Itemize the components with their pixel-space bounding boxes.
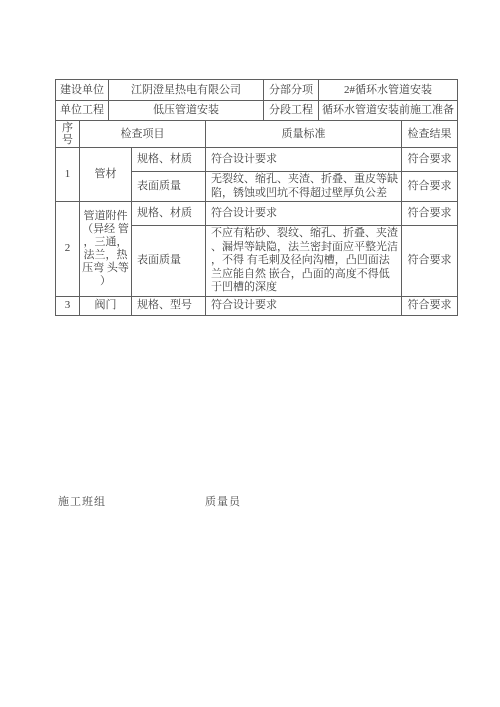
result-cell: 符合要求 (402, 148, 458, 172)
item-name-cell: 阀门 (80, 296, 132, 315)
project-info-table: 建设单位 江阴澄星热电有限公司 分部分项 2#循环水管道安装 单位工程 低压管道… (55, 79, 458, 121)
inspection-record: 建设单位 江阴澄星热电有限公司 分部分项 2#循环水管道安装 单位工程 低压管道… (55, 79, 457, 316)
info-label-subdivision: 分部分项 (264, 80, 319, 101)
row-no-cell: 3 (56, 296, 80, 315)
row-no-cell: 2 (56, 202, 80, 297)
col-header-no: 序号 (56, 121, 80, 148)
document-page: 建设单位 江阴澄星热电有限公司 分部分项 2#循环水管道安装 单位工程 低压管道… (0, 0, 500, 707)
result-cell: 符合要求 (402, 202, 458, 226)
info-value-construction-unit: 江阴澄星热电有限公司 (109, 80, 264, 101)
info-value-subdivision: 2#循环水管道安装 (319, 80, 458, 101)
info-value-section-project: 循环水管道安装前施工准备 (319, 101, 458, 121)
aspect-cell: 规格、型号 (132, 296, 206, 315)
result-cell: 符合要求 (402, 172, 458, 202)
col-header-result: 检查结果 (402, 121, 458, 148)
result-cell: 符合要求 (402, 296, 458, 315)
standard-cell: 无裂纹、缩孔、夹渣、折叠、重皮等缺陷，锈蚀或凹坑不得超过壁厚负公差 (206, 172, 402, 202)
info-label-unit-project: 单位工程 (56, 101, 109, 121)
result-cell: 符合要求 (402, 226, 458, 297)
info-label-construction-unit: 建设单位 (56, 80, 109, 101)
inspection-items-table: 序号 检查项目 质量标准 检查结果 1 管材 规格、材质 符合设计要求 符合要求… (55, 120, 458, 316)
aspect-cell: 表面质量 (132, 226, 206, 297)
standard-cell: 符合设计要求 (206, 148, 402, 172)
table-row: 3 阀门 规格、型号 符合设计要求 符合要求 (56, 296, 458, 315)
table-header-row: 序号 检查项目 质量标准 检查结果 (56, 121, 458, 148)
table-row: 1 管材 规格、材质 符合设计要求 符合要求 (56, 148, 458, 172)
table-row: 建设单位 江阴澄星热电有限公司 分部分项 2#循环水管道安装 (56, 80, 458, 101)
item-name-cell: 管道附件（异经 管，三通，法兰，热压弯 头等） (80, 202, 132, 297)
info-label-section-project: 分段工程 (264, 101, 319, 121)
standard-cell: 符合设计要求 (206, 296, 402, 315)
col-header-item: 检查项目 (80, 121, 206, 148)
row-no-cell: 1 (56, 148, 80, 202)
aspect-cell: 表面质量 (132, 172, 206, 202)
info-value-unit-project: 低压管道安装 (109, 101, 264, 121)
table-row: 单位工程 低压管道安装 分段工程 循环水管道安装前施工准备 (56, 101, 458, 121)
construction-team-label: 施工班组 (58, 493, 106, 509)
quality-inspector-label: 质量员 (205, 493, 241, 509)
aspect-cell: 规格、材质 (132, 148, 206, 172)
item-name-cell: 管材 (80, 148, 132, 202)
col-header-standard: 质量标准 (206, 121, 402, 148)
standard-cell: 符合设计要求 (206, 202, 402, 226)
table-row: 2 管道附件（异经 管，三通，法兰，热压弯 头等） 规格、材质 符合设计要求 符… (56, 202, 458, 226)
standard-cell: 不应有粘砂、裂纹、缩孔、折叠、夹渣、漏焊等缺隐，法兰密封面应平整光洁，不得 有毛… (206, 226, 402, 297)
aspect-cell: 规格、材质 (132, 202, 206, 226)
